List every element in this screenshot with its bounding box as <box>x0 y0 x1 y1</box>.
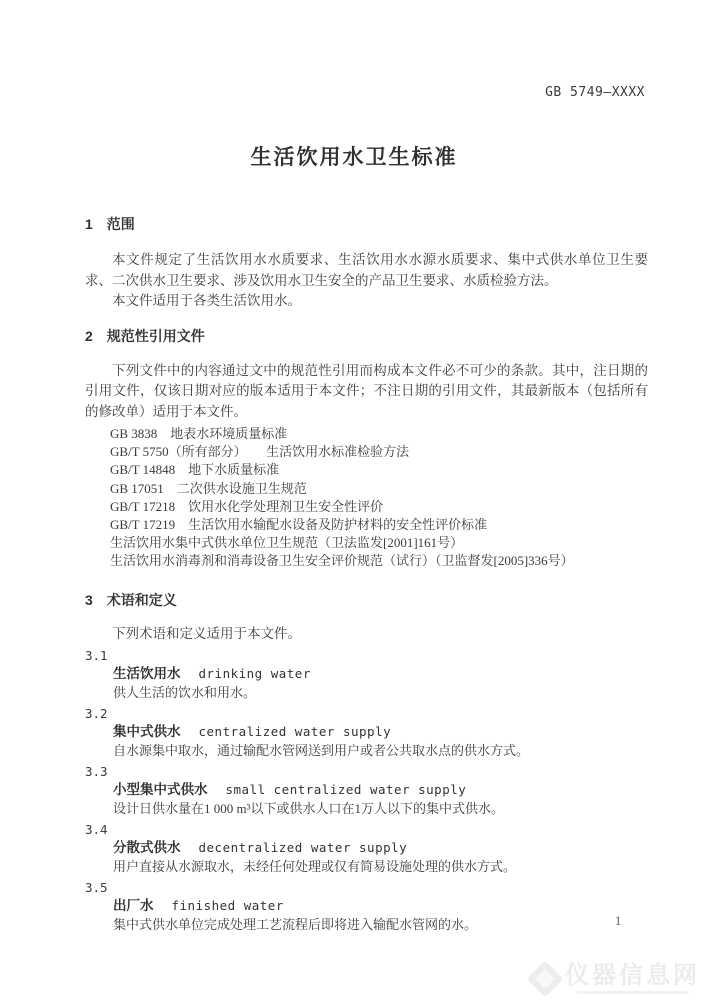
reference-list: GB 3838 地表水环境质量标准 GB/T 5750（所有部分） 生活饮用水标… <box>85 425 648 571</box>
term-name-en: drinking water <box>199 666 311 681</box>
term-entry: 3.4 分散式供水 decentralized water supply 用户直… <box>85 821 648 876</box>
term-name: 出厂水 finished water <box>85 896 648 915</box>
term-number: 3.1 <box>85 647 648 664</box>
term-entry: 3.2 集中式供水 centralized water supply 自水源集中… <box>85 705 648 760</box>
section-3-heading: 3 术语和定义 <box>85 591 648 610</box>
section-1-paragraph-1: 本文件规定了生活饮用水水质要求、生活饮用水水源水质要求、集中式供水单位卫生要求、… <box>85 250 648 291</box>
section-1-heading: 1 范围 <box>85 215 648 234</box>
term-name: 分散式供水 decentralized water supply <box>85 838 648 857</box>
reference-item: GB 3838 地表水环境质量标准 <box>85 425 648 443</box>
term-name-en: centralized water supply <box>199 724 392 739</box>
reference-item: GB/T 17219 生活饮用水输配水设备及防护材料的安全性评价标准 <box>85 516 648 534</box>
term-entry: 3.3 小型集中式供水 small centralized water supp… <box>85 763 648 818</box>
page-number: 1 <box>615 914 621 929</box>
term-definition: 集中式供水单位完成处理工艺流程后即将进入输配水管网的水。 <box>85 915 648 934</box>
watermark-text: 仪器信息网 <box>565 963 700 989</box>
reference-item: GB/T 14848 地下水质量标准 <box>85 461 648 479</box>
term-name-zh: 集中式供水 <box>113 724 181 739</box>
reference-item: GB/T 5750（所有部分） 生活饮用水标准检验方法 <box>85 443 648 461</box>
section-1-paragraph-2: 本文件适用于各类生活饮用水。 <box>85 291 648 312</box>
term-number: 3.4 <box>85 821 648 838</box>
term-name-en: decentralized water supply <box>199 840 408 855</box>
term-number: 3.2 <box>85 705 648 722</box>
doc-title: 生活饮用水卫生标准 <box>0 141 708 171</box>
term-name-zh: 生活饮用水 <box>113 666 181 681</box>
term-name: 集中式供水 centralized water supply <box>85 722 648 741</box>
term-name: 生活饮用水 drinking water <box>85 664 648 683</box>
doc-number: GB 5749—XXXX <box>0 85 708 100</box>
watermark: 仪器信息网 <box>532 963 700 994</box>
reference-item: 生活饮用水消毒剂和消毒设备卫生安全评价规范（试行）（卫监督发[2005]336号… <box>85 552 648 570</box>
reference-item: GB 17051 二次供水设施卫生规范 <box>85 480 648 498</box>
reference-item: GB/T 17218 饮用水化学处理剂卫生安全性评价 <box>85 498 648 516</box>
term-name-en: small centralized water supply <box>226 782 467 797</box>
section-2-intro: 下列文件中的内容通过文中的规范性引用而构成本文件必不可少的条款。其中，注日期的引… <box>85 361 648 423</box>
term-definition: 用户直接从水源取水，未经任何处理或仅有简易设施处理的供水方式。 <box>85 857 648 876</box>
term-name-zh: 分散式供水 <box>113 840 181 855</box>
watermark-subline <box>577 991 689 994</box>
document-page: GB 5749—XXXX 生活饮用水卫生标准 1 范围 本文件规定了生活饮用水水… <box>0 0 708 1000</box>
term-name-zh: 出厂水 <box>113 898 154 913</box>
document-body: 1 范围 本文件规定了生活饮用水水质要求、生活饮用水水源水质要求、集中式供水单位… <box>0 215 708 934</box>
term-number: 3.3 <box>85 763 648 780</box>
section-3-intro: 下列术语和定义适用于本文件。 <box>85 624 648 645</box>
watermark-logo-icon <box>527 960 564 997</box>
term-definition: 供人生活的饮水和用水。 <box>85 683 648 702</box>
term-definition: 自水源集中取水，通过输配水管网送到用户或者公共取水点的供水方式。 <box>85 741 648 760</box>
term-name-zh: 小型集中式供水 <box>113 782 208 797</box>
term-entry: 3.5 出厂水 finished water 集中式供水单位完成处理工艺流程后即… <box>85 879 648 934</box>
term-name: 小型集中式供水 small centralized water supply <box>85 780 648 799</box>
reference-item: 生活饮用水集中式供水单位卫生规范（卫法监发[2001]161号） <box>85 534 648 552</box>
section-2-heading: 2 规范性引用文件 <box>85 327 648 346</box>
term-definition: 设计日供水量在1 000 m³以下或供水人口在1万人以下的集中式供水。 <box>85 799 648 818</box>
term-number: 3.5 <box>85 879 648 896</box>
term-entry: 3.1 生活饮用水 drinking water 供人生活的饮水和用水。 <box>85 647 648 702</box>
term-name-en: finished water <box>172 898 284 913</box>
